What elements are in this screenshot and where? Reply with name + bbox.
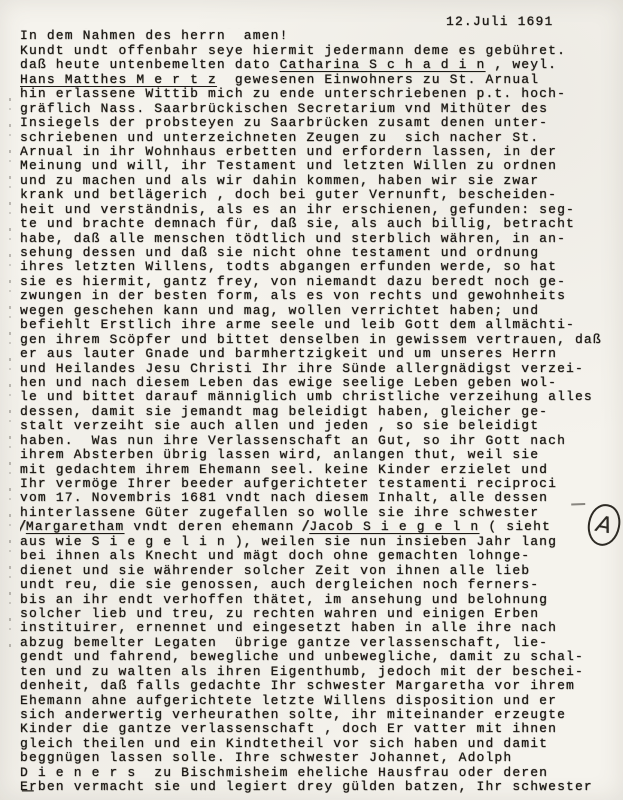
typewritten-line: Insiegels der probsteyen zu Saarbrücken … — [20, 116, 621, 130]
text-segment: Erben vermacht sie und legiert drey güld… — [20, 780, 593, 794]
typewritten-line: solcher lieb und treu, zu rechten wahren… — [20, 607, 621, 621]
text-segment: daß heute untenbemelten dato — [20, 58, 280, 72]
text-segment: vom 17. Novembris 1681 vndt nach diesem … — [20, 491, 548, 505]
typewritten-line: Ehemann ahne aufgerichtete letzte Willen… — [20, 694, 621, 708]
text-segment: abzug bemelter Legaten übrige gantze ver… — [20, 636, 548, 650]
typewritten-line: mit gedachtem ihrem Ehemann seel. keine … — [20, 463, 621, 477]
typewritten-line: D i e n e r s zu Bischmisheim eheliche H… — [20, 766, 621, 780]
text-segment: ihrem Absterben übrig lassen wird, anlan… — [20, 448, 539, 462]
text-segment: gendt und fahrend, bewegliche und unbewe… — [20, 650, 584, 664]
typewritten-line: hen und nach diesem Leben das ewige seel… — [20, 376, 621, 390]
typewritten-line: abzug bemelter Legaten übrige gantze ver… — [20, 636, 621, 650]
typewritten-line: haben. Was nun ihre Verlassenschaft an G… — [20, 434, 621, 448]
typewritten-line: Hans Matthes M e r t z gewesenen Einwohn… — [20, 73, 621, 87]
text-segment: hinterlassene Güter zugefallen so wolle … — [20, 506, 539, 520]
text-segment: stalt verzeiht sie auch allen und jeden … — [20, 419, 539, 433]
text-segment: , weyl. — [485, 58, 557, 72]
text-segment: Kundt undt offenbahr seye hiermit jederm… — [20, 44, 566, 58]
text-segment: undt reu, die sie genossen, auch derglei… — [20, 578, 539, 592]
typewritten-line: sich anderwertig verheurathen solte, ihr… — [20, 708, 621, 722]
typewritten-line: Erben vermacht sie und legiert drey güld… — [20, 780, 621, 794]
text-segment: und Heilandes Jesu Christi Ihr ihre Sünd… — [20, 362, 584, 376]
typewritten-line: und Heilandes Jesu Christi Ihr ihre Sünd… — [20, 362, 621, 376]
text-segment: mit gedachtem ihrem Ehemann seel. keine … — [20, 463, 548, 477]
text-segment: heit und verständnis, als es an ihr ersc… — [20, 203, 575, 217]
typewritten-line: habe, daß alle menschen tödtlich und ste… — [20, 232, 621, 246]
text-segment: befiehlt Erstlich ihre arme seele und le… — [20, 318, 575, 332]
typewritten-line: bei ihnen als Knecht und mägt doch ohne … — [20, 549, 621, 563]
text-segment: solcher lieb und treu, zu rechten wahren… — [20, 607, 539, 621]
document-header: Blatt 298-99 Wörtlich. 12.Juli 1691 — [20, 15, 621, 29]
typewritten-line: wegen geschehen kann und mag, wollen ver… — [20, 304, 621, 318]
typewritten-line: gräflich Nass. Saarbrückischen Secretari… — [20, 102, 621, 116]
text-segment: gewesenen Einwohners zu St. Arnual — [217, 73, 539, 87]
text-segment: In dem Nahmen des herrn amen! — [20, 29, 289, 43]
text-segment: hin erlassene Wittib mich zu ende unters… — [20, 87, 566, 101]
text-segment: habe, daß alle menschen tödtlich und ste… — [20, 232, 566, 246]
text-segment: vndt deren ehemann — [124, 520, 303, 534]
typewritten-line: undt reu, die sie genossen, auch derglei… — [20, 578, 621, 592]
text-segment: bis an ihr endt verhoffen thätet, im ans… — [20, 593, 548, 607]
text-segment: Insiegels der probsteyen zu Saarbrücken … — [20, 116, 548, 130]
typewritten-line: instituirer, ernennet und eingesetzt hab… — [20, 621, 621, 635]
typewritten-line: heit und verständnis, als es an ihr ersc… — [20, 203, 621, 217]
typewritten-line: gen ihrem Scöpfer und bittet denselben i… — [20, 333, 621, 347]
typewritten-line: te und brachte demnach für, daß sie, als… — [20, 217, 621, 231]
text-segment: gräflich Nass. Saarbrückischen Secretari… — [20, 102, 548, 116]
text-segment: D i e n e r s zu Bischmisheim eheliche H… — [20, 766, 548, 780]
typewritten-line: sehung dessen und daß sie nicht ohne tes… — [20, 246, 621, 260]
typewritten-line: gleich theilen und ein Kindtetheil vor s… — [20, 737, 621, 751]
typewritten-line: schriebenen und unterzeichneten Zeugen z… — [20, 131, 621, 145]
text-segment: haben. Was nun ihre Verlassenschaft an G… — [20, 434, 566, 448]
typewritten-line: Ihr vermöge Ihrer beeder aufgerichteter … — [20, 477, 621, 491]
typewritten-line: Kundt undt offenbahr seye hiermit jederm… — [20, 44, 621, 58]
text-segment: gleich theilen und ein Kindtetheil vor s… — [20, 737, 548, 751]
typewritten-line: gendt und fahrend, bewegliche und unbewe… — [20, 650, 621, 664]
header-note: Wörtlich. — [181, 28, 271, 29]
typewritten-line: Arnual in ihr Wohnhaus erbetten und erfo… — [20, 145, 621, 159]
typewritten-line: stalt verzeiht sie auch allen und jeden … — [20, 419, 621, 433]
text-segment: wegen geschehen kann und mag, wollen ver… — [20, 304, 539, 318]
document-body-text: In dem Nahmen des herrn amen!Kundt undt … — [20, 29, 621, 794]
typewritten-line: hin erlassene Wittib mich zu ende unters… — [20, 87, 621, 101]
typewritten-line: Meinung und will, ihr Testament und letz… — [20, 159, 621, 173]
text-segment: dienet und sie währender solcher Zeit vo… — [20, 564, 530, 578]
text-segment: ihres letzten Willens, todts abgangen er… — [20, 260, 557, 274]
typewritten-line: beggnügen lassen solle. Ihre schwester J… — [20, 751, 621, 765]
text-segment: Arnual in ihr Wohnhaus erbetten und erfo… — [20, 145, 557, 159]
typewritten-line: zwungen in der besten form, als es von r… — [20, 289, 621, 303]
typewritten-line: er aus lauter Gnade und barmhertzigkeit … — [20, 347, 621, 361]
folio-reference: Blatt 298-99 — [74, 28, 181, 29]
typewritten-line: le und bittet darauf männiglich umb chri… — [20, 390, 621, 404]
text-segment: Ehemann ahne aufgerichtete letzte Willen… — [20, 694, 557, 708]
text-segment: le und bittet darauf männiglich umb chri… — [20, 390, 593, 404]
text-segment: denheit, daß falls gedachte Ihr schweste… — [20, 679, 575, 693]
typewritten-line: sie es hiermit, gantz frey, von niemandt… — [20, 275, 621, 289]
typewritten-line: Kinder die gantze verlassenschaft , doch… — [20, 722, 621, 736]
text-segment: krank und betlägerich , doch bei guter V… — [20, 188, 557, 202]
text-segment: Meinung und will, ihr Testament und letz… — [20, 159, 557, 173]
text-segment: bei ihnen als Knecht und mägt doch ohne … — [20, 549, 530, 563]
text-segment: hen und nach diesem Leben das ewige seel… — [20, 376, 557, 390]
typewritten-line: daß heute untenbemelten dato Catharina S… — [20, 58, 621, 72]
scanned-document-page: Blatt 298-99 Wörtlich. 12.Juli 1691 In d… — [0, 0, 623, 800]
text-segment: und zu machen und als wir dahin kommen, … — [20, 174, 539, 188]
typewritten-line: krank und betlägerich , doch bei guter V… — [20, 188, 621, 202]
typewritten-line: denheit, daß falls gedachte Ihr schweste… — [20, 679, 621, 693]
document-date: 12.Juli 1691 — [446, 15, 553, 29]
typewritten-line: bis an ihr endt verhoffen thätet, im ans… — [20, 593, 621, 607]
typewritten-line: und zu machen und als wir dahin kommen, … — [20, 174, 621, 188]
underlined-text: Hans Matthes M e r t z — [20, 73, 217, 87]
typewritten-line: vom 17. Novembris 1681 vndt nach diesem … — [20, 491, 621, 505]
typewritten-line: dessen, damit sie jemandt mag beleidigt … — [20, 405, 621, 419]
typewritten-line: aus wie S i e g e l i n ), weilen sie nu… — [20, 535, 621, 549]
text-segment: beggnügen lassen solle. Ihre schwester J… — [20, 751, 512, 765]
text-segment: er aus lauter Gnade und barmhertzigkeit … — [20, 347, 557, 361]
text-segment: instituirer, ernennet und eingesetzt hab… — [20, 621, 557, 635]
typewritten-line: ihres letzten Willens, todts abgangen er… — [20, 260, 621, 274]
handwritten-dash-mark: — — [22, 783, 32, 798]
text-segment: gen ihrem Scöpfer und bittet denselben i… — [20, 333, 602, 347]
underlined-text: Margaretham — [26, 520, 124, 534]
text-segment: sie es hiermit, gantz frey, von niemandt… — [20, 275, 566, 289]
typewritten-line: ten und zu walten als ihren Eigenthumb, … — [20, 665, 621, 679]
text-segment: zwungen in der besten form, als es von r… — [20, 289, 566, 303]
text-segment: dessen, damit sie jemandt mag beleidigt … — [20, 405, 548, 419]
text-segment: sich anderwertig verheurathen solte, ihr… — [20, 708, 566, 722]
typewritten-line: /Margaretham vndt deren ehemann /Jacob S… — [20, 520, 621, 534]
typewritten-line: hinterlassene Güter zugefallen so wolle … — [20, 506, 621, 520]
text-segment: Ihr vermöge Ihrer beeder aufgerichteter … — [20, 477, 557, 491]
text-segment: ( sieht — [479, 520, 551, 534]
typewritten-line: ihrem Absterben übrig lassen wird, anlan… — [20, 448, 621, 462]
underlined-text: Catharina S c h a d i n — [280, 58, 486, 72]
scan-margin-artifact — [9, 98, 11, 650]
typewritten-text-block: Blatt 298-99 Wörtlich. 12.Juli 1691 In d… — [20, 15, 621, 795]
text-segment: aus wie S i e g e l i n ), weilen sie nu… — [20, 535, 557, 549]
text-segment: ten und zu walten als ihren Eigenthumb, … — [20, 665, 584, 679]
text-segment: schriebenen und unterzeichneten Zeugen z… — [20, 131, 539, 145]
underlined-text: Jacob S i e g e l n — [309, 520, 479, 534]
text-segment: Kinder die gantze verlassenschaft , doch… — [20, 722, 557, 736]
text-segment: sehung dessen und daß sie nicht ohne tes… — [20, 246, 539, 260]
text-segment: te und brachte demnach für, daß sie, als… — [20, 217, 575, 231]
typewritten-line: befiehlt Erstlich ihre arme seele und le… — [20, 318, 621, 332]
typewritten-line: In dem Nahmen des herrn amen! — [20, 29, 621, 43]
typewritten-line: dienet und sie währender solcher Zeit vo… — [20, 564, 621, 578]
